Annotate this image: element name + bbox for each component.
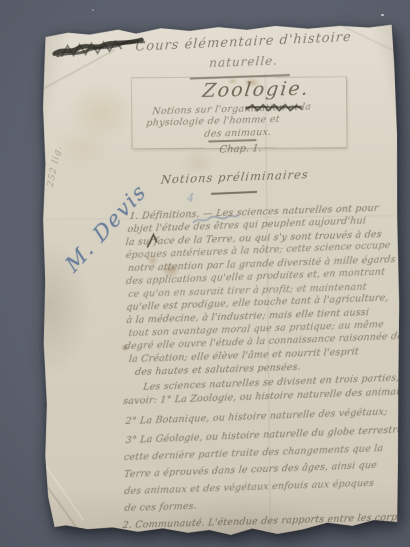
- manuscript-line: des hautes et salutaires pensées.: [134, 362, 301, 378]
- paper-sheet: Cours élémentaire d'histoire naturelle. …: [39, 22, 402, 538]
- manuscript-body: 1. Définitions. — Les sciences naturelle…: [39, 22, 402, 538]
- photo-backdrop: Cours élémentaire d'histoire naturelle. …: [0, 0, 410, 547]
- manuscript-page: Cours élémentaire d'histoire naturelle. …: [39, 22, 402, 538]
- manuscript-line: 2. Communauté. L'étendue des rapports en…: [122, 512, 403, 531]
- manuscript-line: 2° La Botanique, ou histoire naturelle d…: [125, 406, 388, 427]
- dust-speck: [92, 9, 94, 11]
- manuscript-line: des animaux et des végétaux enfouis aux …: [124, 478, 375, 497]
- manuscript-line: Terre a éprouvés dans le cours des âges,…: [123, 460, 377, 480]
- manuscript-line: de ces formes.: [124, 501, 198, 514]
- dust-speck: [381, 14, 384, 16]
